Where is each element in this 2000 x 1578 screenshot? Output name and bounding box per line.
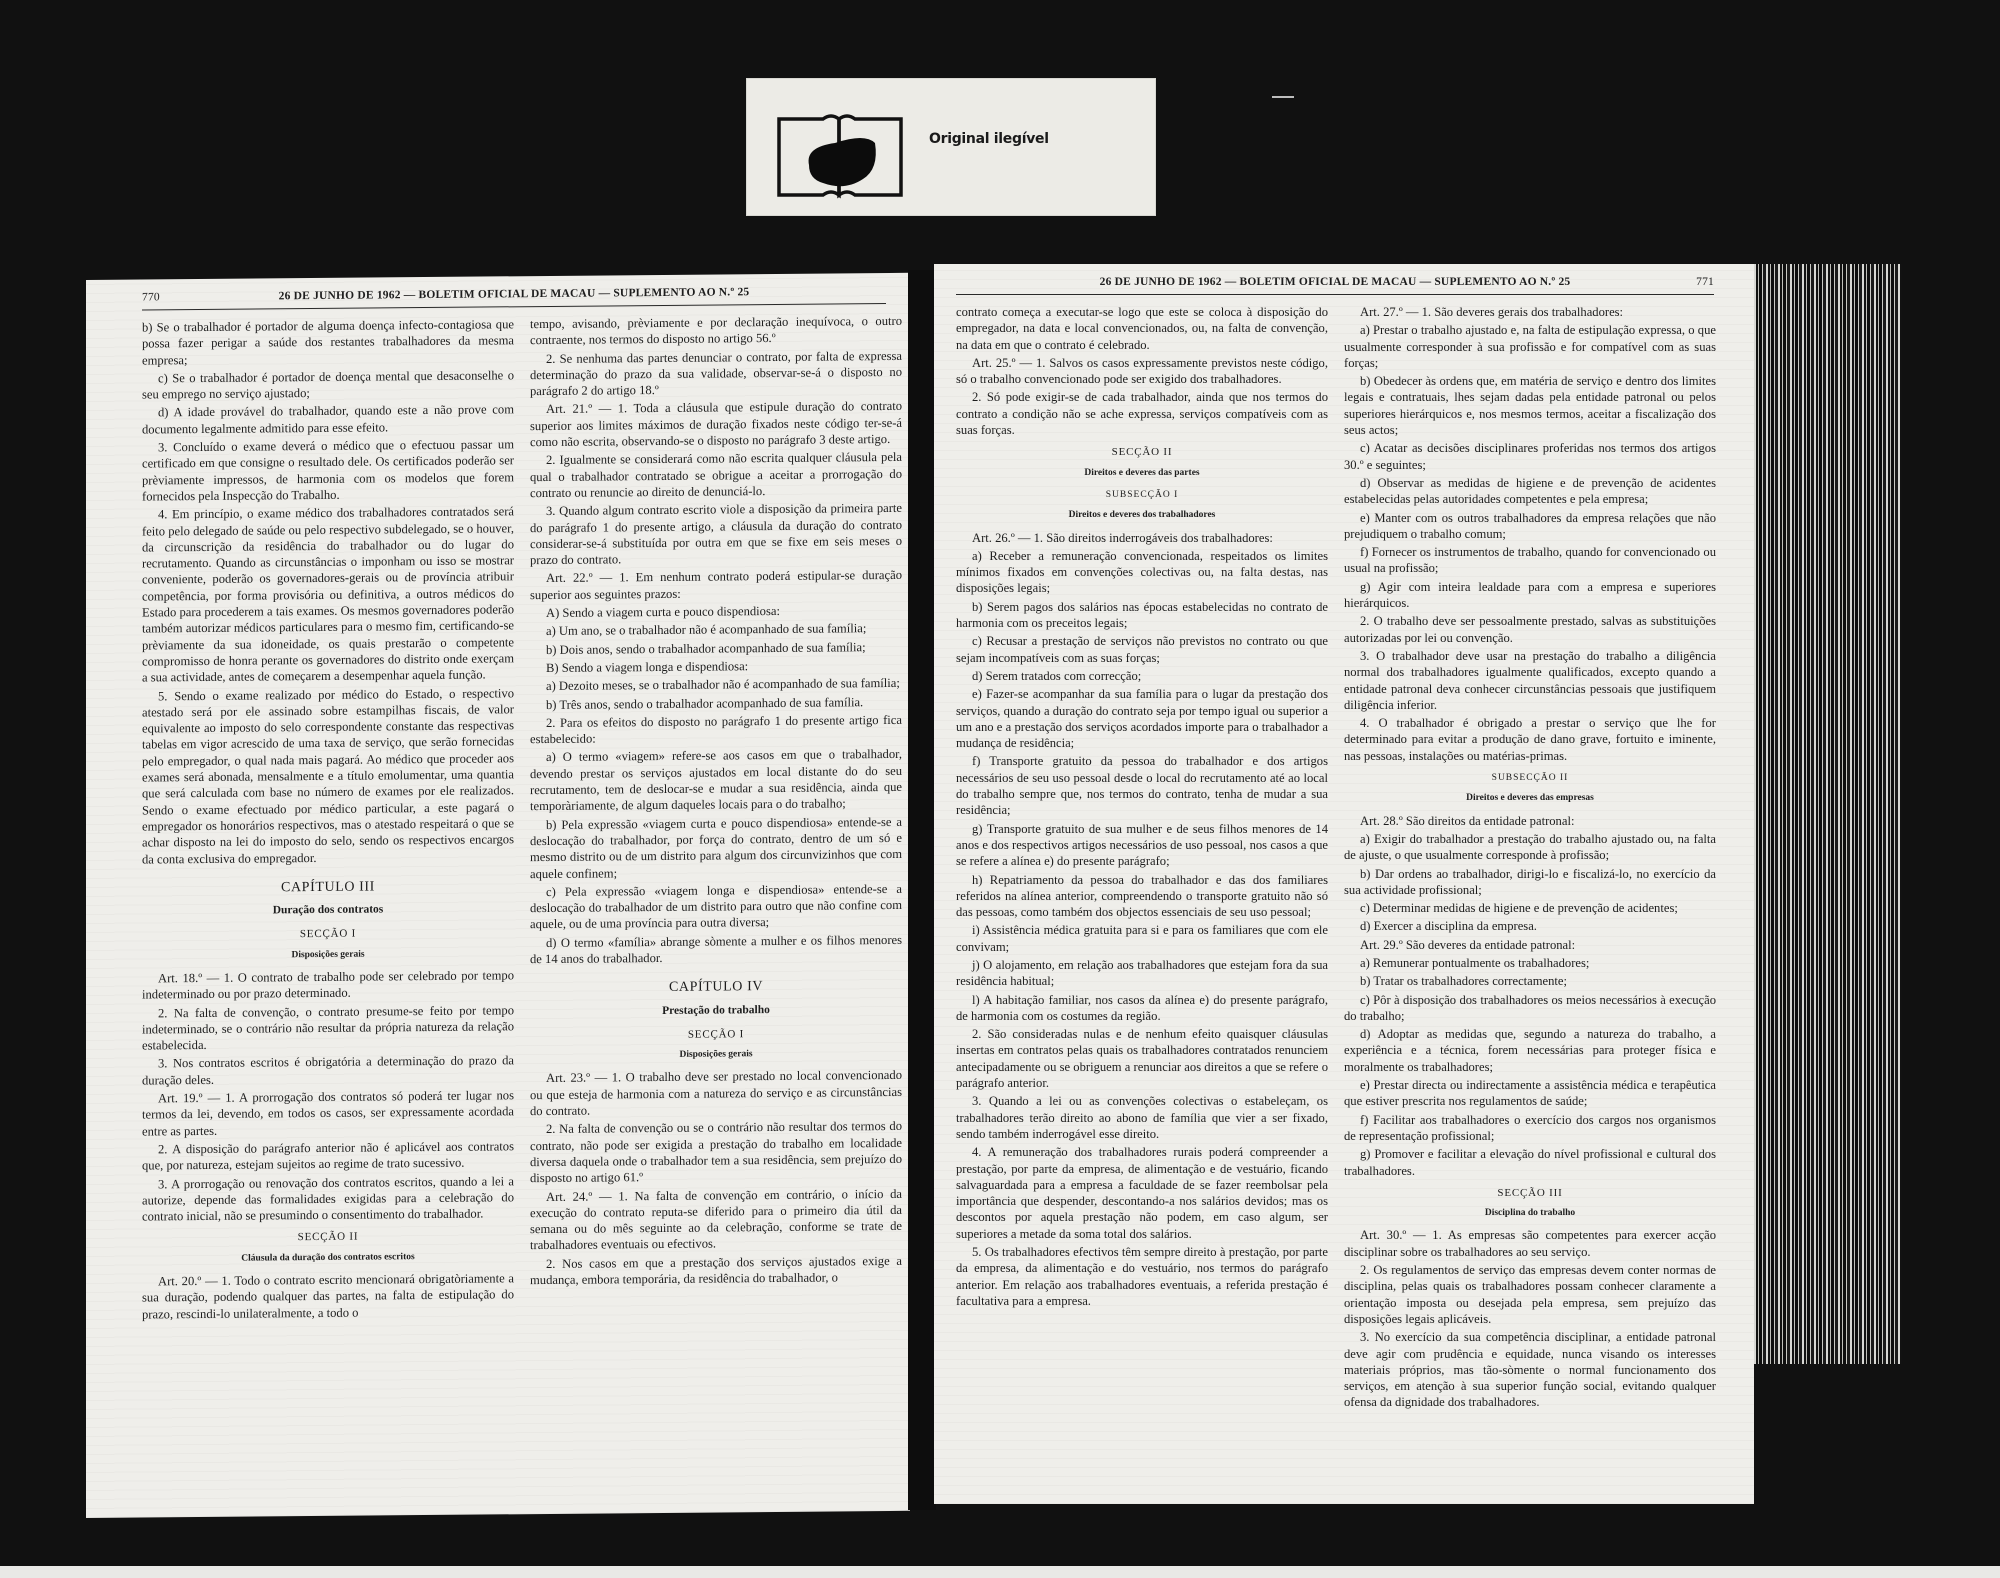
- paragraph: b) Pela expressão «viagem curta e pouco …: [530, 813, 902, 881]
- paragraph: b) Três anos, sendo o trabalhador acompa…: [530, 693, 902, 713]
- paragraph: c) Pela expressão «viagem longa e dispen…: [530, 881, 902, 933]
- paragraph: Art. 21.º — 1. Toda a cláusula que estip…: [530, 398, 902, 450]
- paragraph: c) Acatar as decisões disciplinares prof…: [1344, 440, 1716, 473]
- paragraph: A) Sendo a viagem curta e pouco dispendi…: [530, 602, 902, 622]
- illegible-original-notice: Original ilegível: [746, 78, 1156, 216]
- paragraph: 2. Igualmente se considerará como não es…: [530, 449, 902, 501]
- paragraph: 3. No exercício da sua competência disci…: [1344, 1329, 1716, 1410]
- chapter-title: Duração dos contratos: [142, 900, 514, 920]
- section-title: Disciplina do trabalho: [1344, 1205, 1716, 1221]
- paragraph: c) Se o trabalhador é portador de doença…: [142, 367, 514, 403]
- paragraph: tempo, avisando, prèviamente e por decla…: [530, 313, 902, 349]
- running-head: 26 DE JUNHO DE 1962 — BOLETIM OFICIAL DE…: [956, 274, 1714, 295]
- text-column: b) Se o trabalhador é portador de alguma…: [142, 316, 514, 1324]
- illegible-book-icon: [775, 109, 905, 201]
- paragraph: d) Serem tratados com correcção;: [956, 668, 1328, 684]
- paragraph: 2. São consideradas nulas e de nenhum ef…: [956, 1026, 1328, 1091]
- paragraph: a) Um ano, se o trabalhador não é acompa…: [530, 620, 902, 640]
- text-column: tempo, avisando, prèviamente e por decla…: [530, 313, 902, 1291]
- paragraph: b) Serem pagos dos salários nas épocas e…: [956, 599, 1328, 632]
- paragraph: 4. O trabalhador é obrigado a prestar o …: [1344, 715, 1716, 764]
- paragraph: h) Repatriamento da pessoa do trabalhado…: [956, 872, 1328, 921]
- paragraph: c) Determinar medidas de higiene e de pr…: [1344, 900, 1716, 916]
- paragraph: g) Transporte gratuito de sua mulher e d…: [956, 821, 1328, 870]
- paragraph: Art. 22.º — 1. Em nenhum contrato poderá…: [530, 567, 902, 603]
- paragraph: Art. 26.º — 1. São direitos inderrogávei…: [956, 530, 1328, 546]
- text-column: Art. 27.º — 1. São deveres gerais dos tr…: [1344, 304, 1716, 1413]
- section-title: Disposições gerais: [530, 1045, 902, 1065]
- paragraph: b) Dois anos, sendo o trabalhador acompa…: [530, 639, 902, 659]
- paragraph: 3. Concluído o exame deverá o médico que…: [142, 436, 514, 504]
- paragraph: f) Facilitar aos trabalhadores o exercíc…: [1344, 1112, 1716, 1145]
- paragraph: Art. 28.º São direitos da entidade patro…: [1344, 813, 1716, 829]
- paragraph: 4. Em princípio, o exame médico dos trab…: [142, 504, 514, 687]
- paragraph: Art. 20.º — 1. Todo o contrato escrito m…: [142, 1270, 514, 1322]
- running-head: 770 26 DE JUNHO DE 1962 — BOLETIM OFICIA…: [142, 283, 886, 310]
- paragraph: contrato começa a executar-se logo que e…: [956, 304, 1328, 353]
- paragraph: f) Transporte gratuito da pessoa do trab…: [956, 753, 1328, 818]
- paragraph: Art. 19.º — 1. A prorrogação dos contrat…: [142, 1087, 514, 1139]
- paragraph: B) Sendo a viagem longa e dispendiosa:: [530, 657, 902, 677]
- paragraph: a) Exigir do trabalhador a prestação do …: [1344, 831, 1716, 864]
- paragraph: Art. 29.º São deveres da entidade patron…: [1344, 937, 1716, 953]
- section-title: Cláusula da duração dos contratos escrit…: [142, 1248, 514, 1268]
- paragraph: 2. Se nenhuma das partes denunciar o con…: [530, 347, 902, 399]
- paragraph: 3. Quando algum contrato escrito viole a…: [530, 500, 902, 568]
- running-head-title: 26 DE JUNHO DE 1962 — BOLETIM OFICIAL DE…: [142, 285, 886, 303]
- paragraph: 2. Na falta de convenção ou se o contrár…: [530, 1118, 902, 1186]
- paragraph: b) Se o trabalhador é portador de alguma…: [142, 316, 514, 368]
- chapter-heading: CAPÍTULO III: [142, 878, 514, 898]
- subsection-heading: SUBSECÇÃO II: [1344, 770, 1716, 786]
- page-number: 771: [1696, 276, 1714, 288]
- paragraph: a) Dezoito meses, se o trabalhador não é…: [530, 675, 902, 695]
- paragraph: 2. Na falta de convenção, o contrato pre…: [142, 1002, 514, 1054]
- section-title: Direitos e deveres dos trabalhadores: [956, 507, 1328, 523]
- paragraph: d) Observar as medidas de higiene e de p…: [1344, 475, 1716, 508]
- paragraph: g) Promover e facilitar a elevação do ní…: [1344, 1146, 1716, 1179]
- section-heading: SECÇÃO II: [142, 1228, 514, 1248]
- section-heading: SECÇÃO III: [1344, 1185, 1716, 1201]
- running-head-title: 26 DE JUNHO DE 1962 — BOLETIM OFICIAL DE…: [956, 276, 1714, 288]
- paragraph: 3. A prorrogação ou renovação dos contra…: [142, 1173, 514, 1225]
- page-stack-edge: [1754, 264, 1902, 1364]
- paragraph: a) O termo «viagem» refere-se aos casos …: [530, 746, 902, 814]
- paragraph: c) Recusar a prestação de serviços não p…: [956, 633, 1328, 666]
- paragraph: 3. Nos contratos escritos é obrigatória …: [142, 1053, 514, 1089]
- paragraph: a) Receber a remuneração convencionada, …: [956, 548, 1328, 597]
- paragraph: d) Exercer a disciplina da empresa.: [1344, 918, 1716, 934]
- paragraph: a) Prestar o trabalho ajustado e, na fal…: [1344, 322, 1716, 371]
- left-page: 770 26 DE JUNHO DE 1962 — BOLETIM OFICIA…: [86, 273, 910, 1518]
- paragraph: 2. Para os efeitos do disposto no parágr…: [530, 712, 902, 748]
- section-title: Direitos e deveres das partes: [956, 465, 1328, 481]
- paragraph: 2. Nos casos em que a prestação dos serv…: [530, 1253, 902, 1289]
- paragraph: Art. 24.º — 1. Na falta de convenção em …: [530, 1185, 902, 1253]
- paragraph: 4. A remuneração dos trabalhadores rurai…: [956, 1144, 1328, 1242]
- chapter-title: Prestação do trabalho: [530, 1000, 902, 1020]
- paragraph: 5. Os trabalhadores efectivos têm sempre…: [956, 1244, 1328, 1309]
- paragraph: l) A habitação familiar, nos casos da al…: [956, 992, 1328, 1025]
- right-page: 26 DE JUNHO DE 1962 — BOLETIM OFICIAL DE…: [934, 264, 1754, 1504]
- paragraph: Art. 25.º — 1. Salvos os casos expressam…: [956, 355, 1328, 388]
- illegible-label: Original ilegível: [929, 131, 1049, 147]
- paragraph: a) Remunerar pontualmente os trabalhador…: [1344, 955, 1716, 971]
- paragraph: e) Prestar directa ou indirectamente a a…: [1344, 1077, 1716, 1110]
- paragraph: d) Adoptar as medidas que, segundo a nat…: [1344, 1026, 1716, 1075]
- subsection-heading: SUBSECÇÃO I: [956, 487, 1328, 503]
- paragraph: d) A idade provável do trabalhador, quan…: [142, 402, 514, 438]
- paragraph: g) Agir com inteira lealdade para com a …: [1344, 579, 1716, 612]
- paragraph: Art. 27.º — 1. São deveres gerais dos tr…: [1344, 304, 1716, 320]
- next-page-strip: [0, 1566, 2000, 1578]
- section-title: Direitos e deveres das empresas: [1344, 790, 1716, 806]
- paragraph: Art. 30.º — 1. As empresas são competent…: [1344, 1227, 1716, 1260]
- paragraph: f) Fornecer os instrumentos de trabalho,…: [1344, 544, 1716, 577]
- section-heading: SECÇÃO II: [956, 444, 1328, 460]
- section-heading: SECÇÃO I: [530, 1025, 902, 1045]
- section-heading: SECÇÃO I: [142, 925, 514, 945]
- text-column: contrato começa a executar-se logo que e…: [956, 304, 1328, 1311]
- paragraph: Art. 23.º — 1. O trabalho deve ser prest…: [530, 1067, 902, 1119]
- paragraph: c) Pôr à disposição dos trabalhadores os…: [1344, 992, 1716, 1025]
- paragraph: j) O alojamento, em relação aos trabalha…: [956, 957, 1328, 990]
- paragraph: 3. Quando a lei ou as convenções colecti…: [956, 1093, 1328, 1142]
- book-gutter: [908, 270, 936, 1510]
- chapter-heading: CAPÍTULO IV: [530, 978, 902, 998]
- paragraph: i) Assistência médica gratuita para si e…: [956, 922, 1328, 955]
- paragraph: b) Tratar os trabalhadores correctamente…: [1344, 973, 1716, 989]
- paragraph: 5. Sendo o exame realizado por médico do…: [142, 685, 514, 868]
- paragraph: 2. Os regulamentos de serviço das empres…: [1344, 1262, 1716, 1327]
- section-title: Disposições gerais: [142, 945, 514, 965]
- paragraph: 2. O trabalho deve ser pessoalmente pres…: [1344, 613, 1716, 646]
- paragraph: Art. 18.º — 1. O contrato de trabalho po…: [142, 967, 514, 1003]
- paragraph: e) Manter com os outros trabalhadores da…: [1344, 510, 1716, 543]
- paragraph: b) Dar ordens ao trabalhador, dirigi-lo …: [1344, 866, 1716, 899]
- paragraph: e) Fazer-se acompanhar da sua família pa…: [956, 686, 1328, 751]
- paragraph: 2. A disposição do parágrafo anterior nã…: [142, 1138, 514, 1174]
- scan-mark: [1272, 96, 1294, 98]
- paragraph: 2. Só pode exigir-se de cada trabalhador…: [956, 389, 1328, 438]
- paragraph: 3. O trabalhador deve usar na prestação …: [1344, 648, 1716, 713]
- paragraph: b) Obedecer às ordens que, em matéria de…: [1344, 373, 1716, 438]
- paragraph: d) O termo «família» abrange sòmente a m…: [530, 932, 902, 968]
